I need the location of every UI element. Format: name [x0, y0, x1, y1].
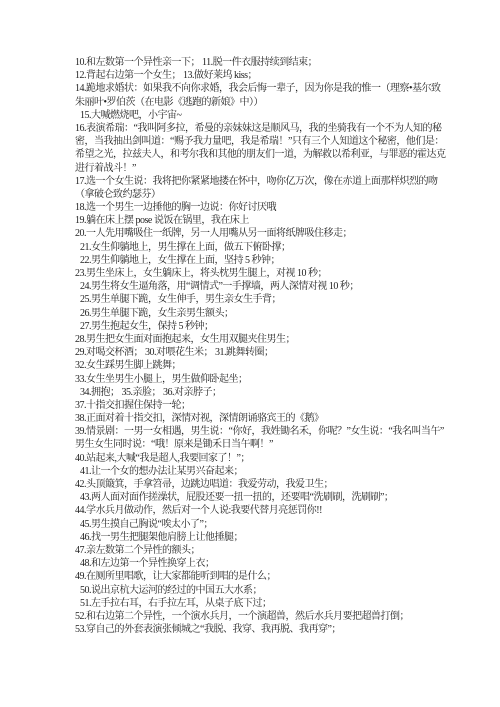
text-line: 53.穿自己的外套表演张倾城之“我脱、我穿、我再脱、我再穿”； — [75, 623, 465, 636]
text-line: 51.左手拉右耳，右手拉左耳，从桌子底下过； — [75, 597, 465, 610]
document-page: 10.和左数第一个异性亲一下； 11.脱一件衣服持续到结束；12.背起右边第一个… — [0, 0, 500, 707]
text-line: 12.背起右边第一个女生； 13.做好莱坞 kiss； — [75, 69, 465, 82]
text-line: 34.拥抱； 35.亲脸； 36.对亲脖子； — [75, 386, 465, 399]
text-line: 18.选一个男生一边捶他的胸一边说：你好讨厌哦 — [75, 201, 465, 214]
document-body: 10.和左数第一个异性亲一下； 11.脱一件衣服持续到结束；12.背起右边第一个… — [75, 56, 465, 636]
text-line: 17.选一个女生说：我将把你紧紧地搂在怀中，吻你亿万次，像在赤道上面那样炽烈的吻 — [75, 175, 465, 188]
text-line: 朱丽叶•罗伯茨（在电影《逃跑的新娘》中）） — [75, 96, 465, 109]
text-line: 45.男生摸自己胸说“唉太小了”； — [75, 518, 465, 531]
text-line: 39.情景剧：一男一女相遇，男生说：“你好，我姓锄名禾，你呢？”女生说：“我名叫… — [75, 425, 465, 438]
text-line: 49.在厕所里唱歌，让大家都能听到唱的是什么； — [75, 570, 465, 583]
text-line: 37.十指交扣握住保持一轮； — [75, 399, 465, 412]
text-line: 男生女生同时说：“哦！原来是锄禾日当午啊！” — [75, 438, 465, 451]
text-line: 50.说出京杭大运河的经过的中国五大水系； — [75, 584, 465, 597]
text-line: 25.男生单腿下跪，女生伸手，男生亲女生手背； — [75, 293, 465, 306]
text-line: 10.和左数第一个异性亲一下； 11.脱一件衣服持续到结束； — [75, 56, 465, 69]
text-line: 47.亲左数第二个异性的额头； — [75, 544, 465, 557]
text-line: 48.和左边第一个异性换穿上衣； — [75, 557, 465, 570]
text-line: 24.男生将女生逼角落，用“调情式”一手撑墙，两人深情对视 10 秒； — [75, 280, 465, 293]
text-line: 14.跪地求婚状：如果我不向你求婚，我会后悔一辈子，因为你是我的惟一（理察•基尔… — [75, 82, 465, 95]
text-line: 38.正面对着十指交扣，深情对视，深情朗诵骆宾王的《鹅》 — [75, 412, 465, 425]
text-line: （拿破仑致约瑟芬） — [75, 188, 465, 201]
text-line: 16.表演希瑞：“我叫阿多拉，希曼的亲妹妹这是顺风马，我的坐骑我有一个不为人知的… — [75, 122, 465, 135]
text-line: 15.大喊燃烧吧，小宇宙~ — [75, 109, 465, 122]
text-line: 52.和右边第二个异性，一个演水兵月，一个演超兽，然后水兵月要把超兽打倒； — [75, 610, 465, 623]
text-line: 42.头顶簸箕，手拿笤帚，边跳边唱道：我爱劳动，我爱卫生； — [75, 478, 465, 491]
text-line: 28.男生把女生面对面抱起来，女生用双腿夹住男生； — [75, 333, 465, 346]
text-line: 进行着战斗！” — [75, 162, 465, 175]
text-line: 41.让一个女的想办法让某男兴奋起来； — [75, 465, 465, 478]
text-line: 40.站起来,大喊“我是超人,我要回家了！”； — [75, 452, 465, 465]
text-line: 22.男生仰躺地上，女生撑在上面，坚持 5 秒钟； — [75, 254, 465, 267]
text-line: 27.男生抱起女生，保持 5 秒钟； — [75, 320, 465, 333]
text-line: 46.找一男生把腿架他肩膀上让他捶腿； — [75, 531, 465, 544]
text-line: 43.两人面对面作搓澡状，屁股还要一扭一扭的，还要唱“洗刷刷，洗刷刷”； — [75, 491, 465, 504]
text-line: 21.女生仰躺地上，男生撑在上面，做五下俯卧撑； — [75, 241, 465, 254]
text-line: 20.一人先用嘴吸住一纸牌，另一人用嘴从另一面将纸牌吸住移走； — [75, 227, 465, 240]
text-line: 希望之光，拉兹夫人，和考尔我和其他的朋友们一道，为解救以希利亚，与罪恶的霍达克 — [75, 148, 465, 161]
text-line: 44.学水兵月做动作，然后对一个人说:我要代替月亮惩罚你!! — [75, 504, 465, 517]
text-line: 19.躺在床上摆 pose 说饭在锅里，我在床上 — [75, 214, 465, 227]
text-line: 29.对喝交杯酒； 30.对喂花生米； 31.跳舞转圈； — [75, 346, 465, 359]
text-line: 23.男生坐床上，女生躺床上，将头枕男生腿上，对视 10 秒； — [75, 267, 465, 280]
text-line: 32.女生踩男生脚上跳舞； — [75, 359, 465, 372]
text-line: 26.男生单腿下跪，女生亲男生额头； — [75, 307, 465, 320]
text-line: 密，当我抽出剑叫道：“赐予我力量吧，我是希瑞！”只有三个人知道这个秘密，他们是： — [75, 135, 465, 148]
text-line: 33.女生坐男生小腿上，男生做仰卧起坐； — [75, 373, 465, 386]
